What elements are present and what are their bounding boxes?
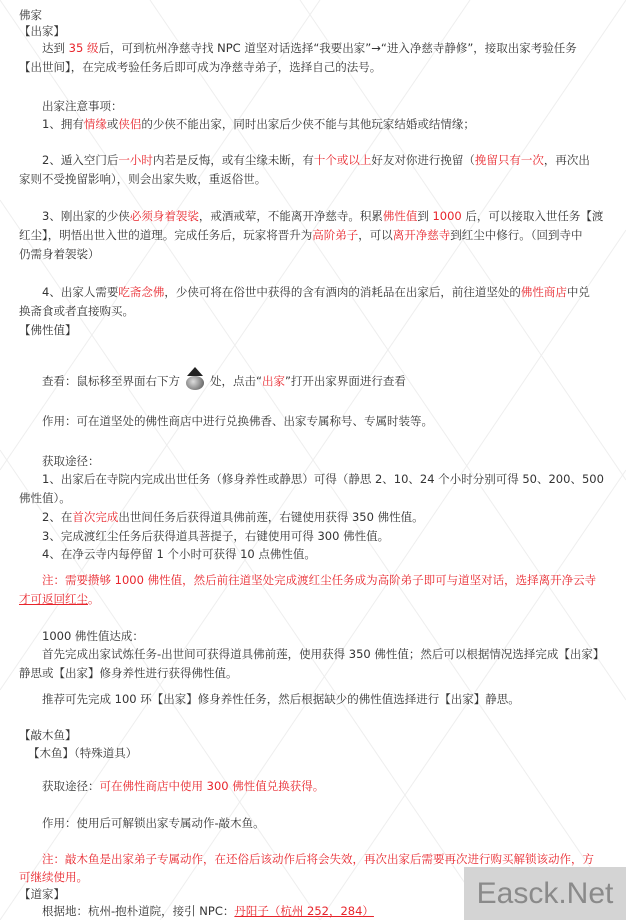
warning-note: 注：需要攒够 1000 佛性值，然后前往道坚处完成渡红尘任务成为高阶弟子即可与道… <box>42 571 596 589</box>
reach-text: 首先完成出家试炼任务-出世间可获得道具佛前莲，使用获得 350 佛性值；然后可以… <box>42 645 604 663</box>
note-item-cont: 换斋食或者直接购买。 <box>19 302 134 320</box>
warning-note-cont: 可继续使用。 <box>19 868 88 886</box>
view-instruction: 查看：鼠标移至界面右下方处，点击“出家”打开出家界面进行查看 <box>42 366 406 397</box>
note-item-cont: 红尘】，明悟出世入世的道理。完成任务后，玩家将晋升为高阶弟子，可以离开净慈寺到红… <box>19 226 583 244</box>
obtain-item: 4、在净云寺内每停留 1 个小时可获得 10 点佛性值。 <box>42 545 316 563</box>
use-text: 作用：使用后可解锁出家专属动作-敲木鱼。 <box>42 814 265 832</box>
obtain-title: 获取途径： <box>42 452 100 470</box>
warning-note-cont: 才可返回红尘。 <box>19 590 100 608</box>
site-watermark: Easck.Net <box>464 867 626 920</box>
note-item-cont: 家则不受挽留影响），则会出家失败，重返俗世。 <box>19 170 266 188</box>
obtain-item: 3、完成渡红尘任务后获得道具菩提子，右键使用可得 300 佛性值。 <box>42 527 389 545</box>
monk-menu-icon <box>184 367 206 397</box>
section-heading-daojia: 【道家】 <box>19 885 65 903</box>
note-item: 2、遁入空门后一小时内若是反悔，或有尘缘未断，有十个或以上好友对你进行挽留（挽留… <box>42 151 590 169</box>
obtain-text: 获取途径：可在佛性商店中使用 300 佛性值兑换获得。 <box>42 777 324 795</box>
base-info: 根据地：杭州-抱朴道院，接引 NPC：丹阳子（杭州 252，284） <box>42 902 374 920</box>
paragraph: 达到 35 级后，可到杭州净慈寺找 NPC 道坚对话选择“我要出家”→“进入净慈… <box>42 39 577 57</box>
note-item-cont: 仍需身着袈裟） <box>19 245 100 263</box>
use-text: 作用：可在道坚处的佛性商店中进行兑换佛香、出家专属称号、专属时装等。 <box>42 412 433 430</box>
warning-note: 注：敲木鱼是出家弟子专属动作，在还俗后该动作后将会失效，再次出家后需要再次进行购… <box>42 850 594 868</box>
obtain-item: 1、出家后在寺院内完成出世任务（修身养性或静思）可得（静思 2、10、24 个小… <box>42 470 604 488</box>
note-item: 1、拥有情缘或侠侣的少侠不能出家，同时出家后少侠不能与其他玩家结婚或结情缘； <box>42 115 475 133</box>
note-item: 3、刚出家的少侠必须身着袈裟，戒酒戒荤，不能离开净慈寺。积累佛性值到 1000 … <box>42 207 603 225</box>
section-heading-muyu: 【敲木鱼】 <box>19 726 77 744</box>
reach-text-cont: 静思或【出家】修身养性进行获得佛性值。 <box>19 664 238 682</box>
npc-link[interactable]: 丹阳子（杭州 252，284） <box>234 904 374 918</box>
obtain-item-cont: 佛性值）。 <box>19 489 71 507</box>
notes-title: 出家注意事项： <box>42 97 123 115</box>
obtain-item: 2、在首次完成出世间任务后获得道具佛前莲，右键使用获得 350 佛性值。 <box>42 508 424 526</box>
paragraph: 【出世间】，在完成考验任务后即可成为净慈寺弟子，选择自己的法号。 <box>19 58 381 76</box>
item-name: 【木鱼】（特殊道具） <box>28 744 137 762</box>
note-item: 4、出家人需要吃斋念佛，少侠可将在俗世中获得的含有酒肉的消耗品在出家后，前往道坚… <box>42 283 590 301</box>
recommend-text: 推荐可先完成 100 环【出家】修身养性任务，然后根据缺少的佛性值选择进行【出家… <box>42 690 520 708</box>
reach-title: 1000 佛性值达成： <box>42 627 144 645</box>
section-heading-chujia: 【出家】 <box>19 22 65 40</box>
section-heading-foxingzhi: 【佛性值】 <box>19 321 77 339</box>
